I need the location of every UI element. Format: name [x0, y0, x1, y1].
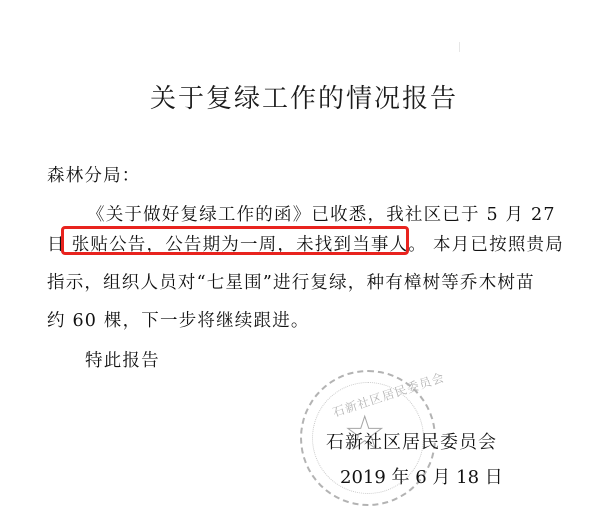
closing-remark: 特此报告	[85, 347, 160, 372]
document-title: 关于复绿工作的情况报告	[150, 78, 458, 115]
signature-organization: 石新社区居民委员会	[326, 428, 497, 454]
body-line-4: 约 60 棵，下一步将继续跟进。	[47, 307, 310, 332]
addressee: 森林分局：	[47, 162, 141, 187]
scan-artifact	[459, 42, 460, 52]
red-highlight-box	[61, 226, 409, 255]
body-line-3: 指示，组织人员对“七星围”进行复绿，种有樟树等乔木树苗	[47, 269, 535, 294]
signature-date: 2019 年 6 月 18 日	[340, 463, 503, 489]
body-line-1: 《关于做好复绿工作的函》已收悉，我社区已于 5 月 27	[87, 201, 556, 226]
body-line-2-suffix: 本月已按照贵局	[433, 235, 564, 255]
